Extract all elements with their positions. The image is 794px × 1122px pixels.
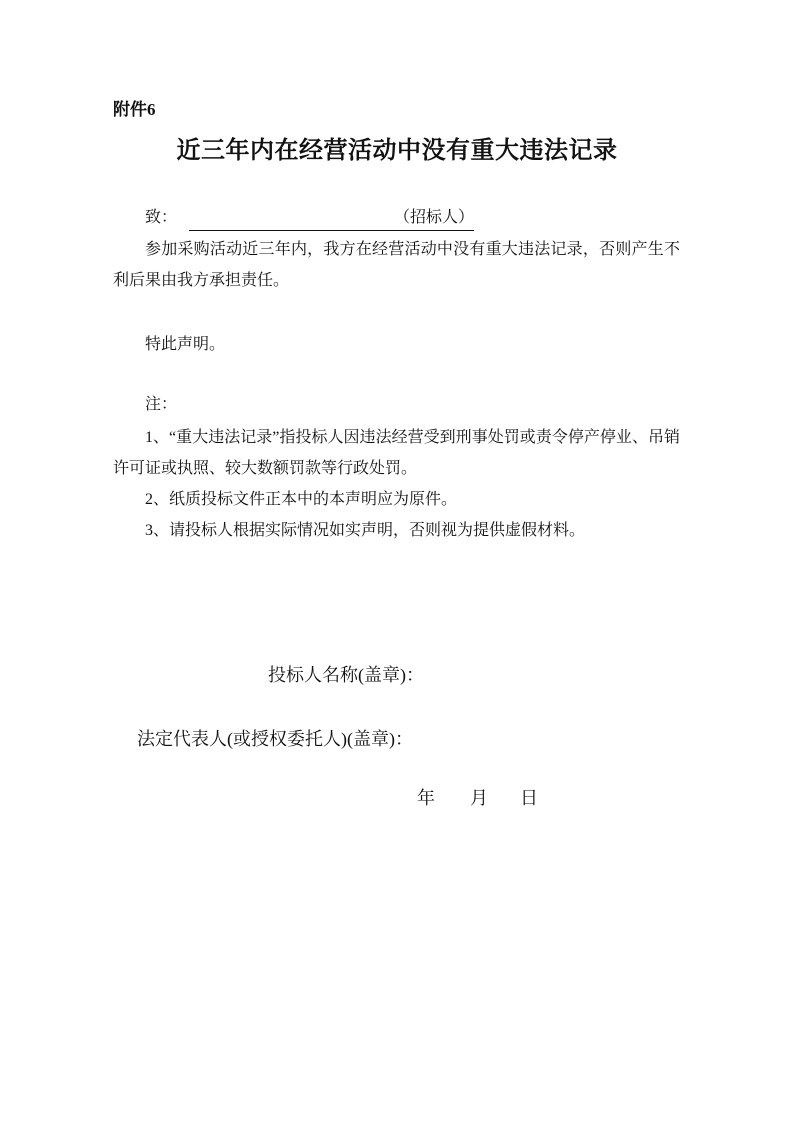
notes-list: 1、“重大违法记录”指投标人因违法经营受到刑事处罚或责令停产停业、吊销许可证或执… <box>113 422 680 546</box>
date-month-label: 月 <box>470 788 488 808</box>
note-item-2: 2、纸质投标文件正本中的本声明应为原件。 <box>113 484 680 515</box>
attachment-label: 附件6 <box>113 97 156 123</box>
addressee-line: 致：（招标人） <box>113 205 680 231</box>
bidder-name-seal-label: 投标人名称(盖章)： <box>268 663 424 687</box>
addressee-suffix: （招标人） <box>394 209 474 226</box>
addressee-prefix: 致： <box>145 209 177 226</box>
date-line: 年月日 <box>417 786 538 810</box>
notes-label: 注： <box>113 389 680 420</box>
hereby-declaration: 特此声明。 <box>113 329 680 360</box>
document-page: 附件6 近三年内在经营活动中没有重大违法记录 致：（招标人） 参加采购活动近三年… <box>0 0 794 1122</box>
declaration-paragraph: 参加采购活动近三年内，我方在经营活动中没有重大违法记录，否则产生不利后果由我方承… <box>113 234 680 296</box>
document-title: 近三年内在经营活动中没有重大违法记录 <box>0 133 794 169</box>
note-item-3: 3、请投标人根据实际情况如实声明，否则视为提供虚假材料。 <box>113 515 680 546</box>
addressee-underlined-segment: （招标人） <box>189 205 474 231</box>
date-year-label: 年 <box>417 788 435 808</box>
legal-representative-seal-label: 法定代表人(或授权委托人)(盖章)： <box>137 727 413 751</box>
addressee-blank-field <box>189 221 394 222</box>
note-item-1: 1、“重大违法记录”指投标人因违法经营受到刑事处罚或责令停产停业、吊销许可证或执… <box>113 422 680 484</box>
date-day-label: 日 <box>520 788 538 808</box>
